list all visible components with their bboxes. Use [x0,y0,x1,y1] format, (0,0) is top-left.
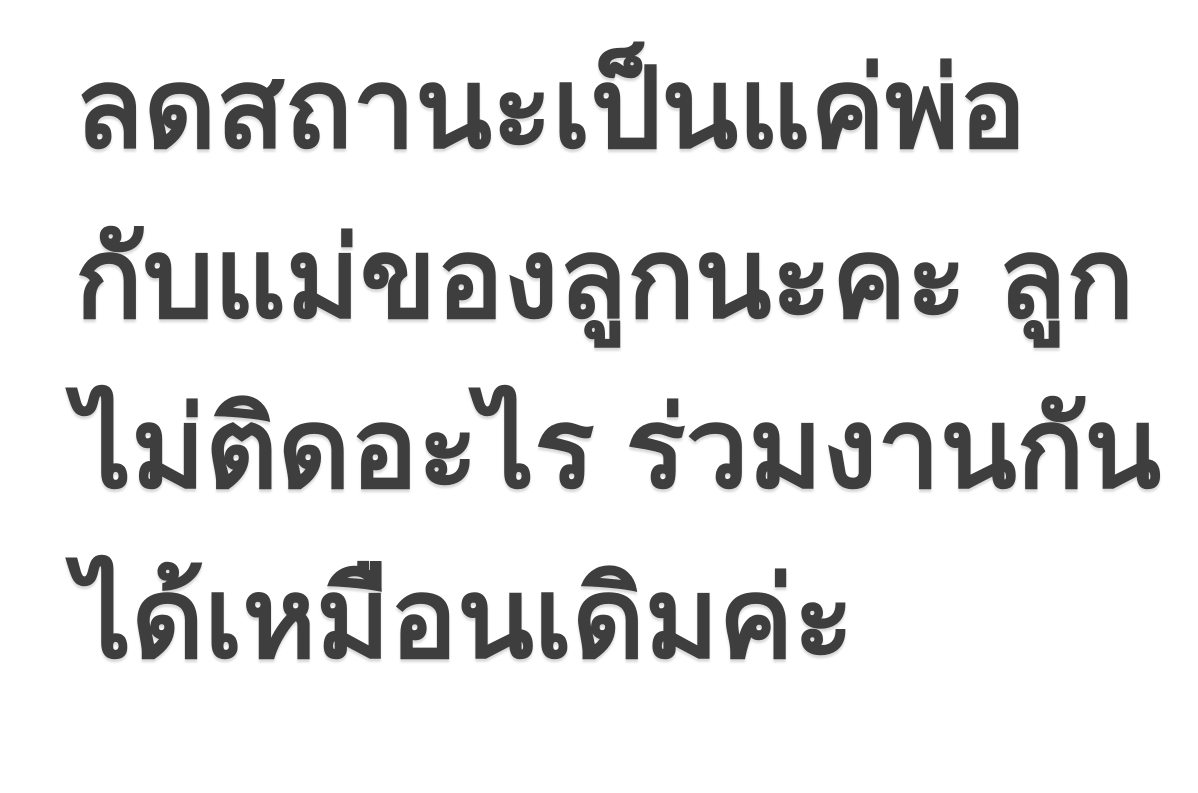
quote-line-1: ลดสถานะเป็นแค่พ่อ [75,24,1158,194]
quote-line-2: กับแม่ของลูกนะคะ ลูก [75,194,1158,364]
quote-card: ลดสถานะเป็นแค่พ่อ กับแม่ของลูกนะคะ ลูก ไ… [0,0,1198,793]
quote-line-3: ไม่ติดอะไร ร่วมงานกัน [75,364,1158,534]
quote-line-4: ได้เหมือนเดิมค่ะ [75,534,1158,704]
